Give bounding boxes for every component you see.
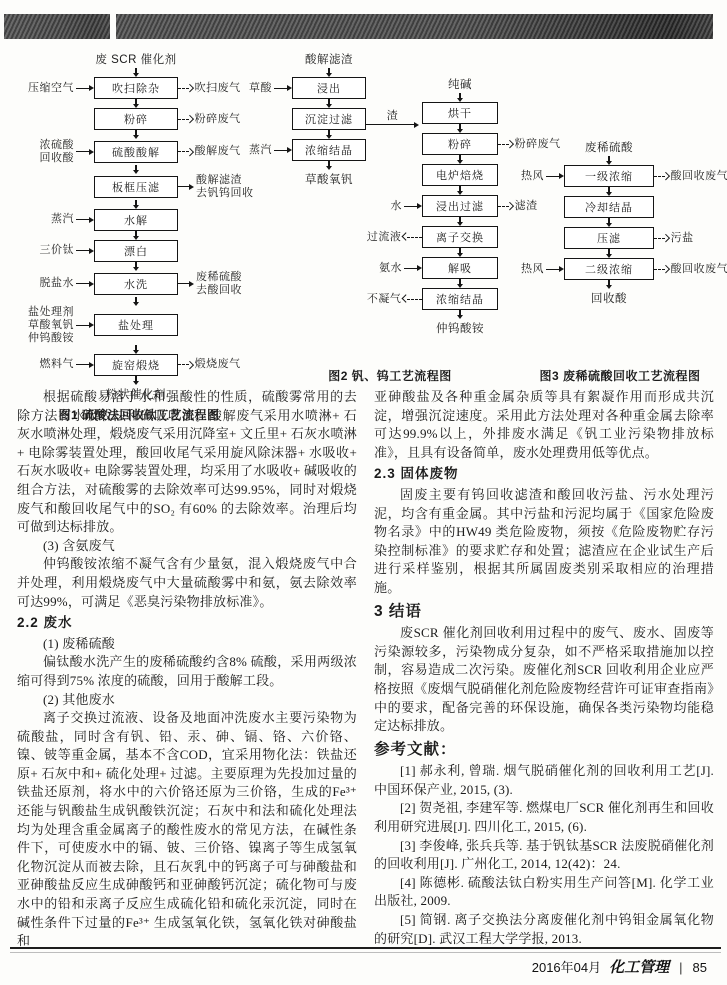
down-arrow-icon xyxy=(94,68,178,77)
flow-row: 冷却结晶 xyxy=(516,196,724,218)
page-number: 85 xyxy=(693,960,707,975)
flow-box: 沉淀过滤 xyxy=(292,108,366,130)
flow-endpoint-label: 回收酸 xyxy=(564,289,654,307)
paragraph: 离子交换过流液、设备及地面冲洗废水主要污染物为硫酸盐，同时含有钒、铅、汞、砷、镉… xyxy=(17,709,357,951)
flow-connector xyxy=(370,310,528,319)
flow-side-left: 浓硫酸 回收酸 xyxy=(14,139,94,165)
flow-side-right: 酸回收废气 xyxy=(654,170,724,183)
flow-side-label: 酸回收废气 xyxy=(669,263,727,276)
section-heading: 参考文献： xyxy=(374,741,714,760)
flow-side-left: 过流液 xyxy=(370,231,422,244)
flow-connector xyxy=(252,161,370,170)
figure-1: 废 SCR 催化剂压缩空气吹扫除杂吹扫废气粉碎粉碎废气浓硫酸 回收酸硫酸酸解酸解… xyxy=(14,50,264,384)
section-heading: 3 结语 xyxy=(374,603,714,622)
flow-connector xyxy=(14,231,264,240)
flow-connector xyxy=(370,279,528,288)
flow-box: 离子交换 xyxy=(422,226,498,248)
open-arrowhead-icon xyxy=(402,295,410,303)
paragraph: 根据硫酸易溶于水和强酸性的性质，硫酸雾常用的去除方法有水吸收法和碱吸收法。酸解废… xyxy=(17,388,357,537)
flow-connector xyxy=(252,99,370,108)
flow-row: 水浸出过滤滤渣 xyxy=(370,195,528,217)
down-arrow-icon xyxy=(94,165,178,174)
flow-side-label: 热风 xyxy=(519,170,546,183)
flow-side-label: 三价钛 xyxy=(38,244,77,257)
paragraph: 亚砷酸盐及各种重金属杂质等具有絮凝作用而形成共沉淀，增强沉淀速度。采用此方法处理… xyxy=(374,388,714,462)
flow-connector xyxy=(516,280,724,289)
flow-connector xyxy=(370,186,528,195)
flow-endpoint-label: 废稀硫酸 xyxy=(564,138,654,156)
flow-connector xyxy=(370,248,528,257)
down-arrow-icon xyxy=(422,217,498,226)
flow-row: 沉淀过滤渣 xyxy=(252,108,370,130)
reference-item: [1] 郝永利, 曾瑞. 烟气脱硝催化剂的回收利用工艺[J]. 中国环保产业, … xyxy=(374,762,714,799)
flow-row: 纯碱 xyxy=(370,75,528,93)
arrowhead-icon xyxy=(417,265,422,271)
scan-header-band xyxy=(4,14,713,39)
flow-side-left: 不凝气 xyxy=(370,293,422,306)
flow-side-label: 过流液 xyxy=(365,231,404,244)
flow-box: 浓缩结晶 xyxy=(292,139,366,161)
arrowhead-icon xyxy=(89,217,94,223)
flow-box: 吹扫除杂 xyxy=(94,77,178,99)
journal-logo: 化工管理 xyxy=(609,960,669,976)
arrow-line xyxy=(404,206,417,207)
flow-connector xyxy=(516,218,724,227)
flow-side-left: 三价钛 xyxy=(14,244,94,257)
flow-box: 旋窑煅烧 xyxy=(94,354,178,376)
flow-row: 盐处理剂 草酸氧钒 仲钨酸铵盐处理 xyxy=(14,306,264,345)
paragraph: (3) 含氨废气 xyxy=(17,537,357,556)
down-arrow-icon xyxy=(292,161,366,170)
down-arrow-icon xyxy=(422,248,498,257)
flow-endpoint-label: 草酸氧钒 xyxy=(292,170,366,188)
arrow-line xyxy=(274,88,287,89)
open-arrowhead-icon xyxy=(402,233,410,241)
flow-box: 浸出过滤 xyxy=(422,195,498,217)
flow-box: 盐处理 xyxy=(94,314,178,336)
figure-3-caption: 图3 废稀硫酸回收工艺流程图 xyxy=(539,364,700,384)
footer-separator: | xyxy=(679,960,682,975)
flow-side-right: 粉碎废气 xyxy=(178,113,264,126)
flow-side-right: 渣 xyxy=(366,110,370,128)
flow-row: 脱盐水水洗废稀硫酸 去酸回收 xyxy=(14,271,264,297)
article-body: 根据硫酸易溶于水和强酸性的性质，硫酸雾常用的去除方法有水吸收法和碱吸收法。酸解废… xyxy=(17,388,714,951)
flow-side-label: 草酸 xyxy=(247,82,274,95)
down-arrow-icon xyxy=(564,218,654,227)
figure-2: 酸解滤渣草酸浸出沉淀过滤渣蒸汽浓缩结晶草酸氧钒 纯碱烘干粉碎粉碎废气电炉焙烧水浸… xyxy=(264,50,516,384)
down-arrow-icon xyxy=(292,130,366,139)
flow-connector xyxy=(14,130,264,139)
flow-row: 三价钛漂白 xyxy=(14,240,264,262)
arrowhead-icon xyxy=(89,149,94,155)
reference-item: [5] 简钢. 离子交换法分离废催化剂中钨钼金属氧化物的研究[D]. 武汉工程大… xyxy=(374,911,714,948)
flow-connector xyxy=(252,130,370,139)
down-arrow-icon xyxy=(564,280,654,289)
flow-side-label: 蒸汽 xyxy=(247,144,274,157)
flow-side-left: 蒸汽 xyxy=(252,144,292,157)
arrow-line xyxy=(274,150,287,151)
down-arrow-icon xyxy=(564,187,654,196)
reference-item: [2] 贺尧祖, 李建军等. 燃煤电厂SCR 催化剂再生和回收利用研究进展[J]… xyxy=(374,799,714,836)
arrow-line xyxy=(76,88,89,89)
down-arrow-icon xyxy=(292,99,366,108)
arrow-line xyxy=(76,151,89,152)
flowchart-acid-recovery: 废稀硫酸热风一级浓缩酸回收废气冷却结晶压滤污盐热风二级浓缩酸回收废气回收酸 xyxy=(516,50,724,307)
down-arrow-icon xyxy=(94,200,178,209)
flow-box: 压滤 xyxy=(564,227,654,249)
flow-connector xyxy=(516,156,724,165)
arrow-line xyxy=(76,364,89,365)
flow-row: 仲钨酸铵 xyxy=(370,319,528,337)
flow-side-label: 氨水 xyxy=(377,262,404,275)
arrowhead-icon xyxy=(287,85,292,91)
flow-side-left: 盐处理剂 草酸氧钒 仲钨酸铵 xyxy=(14,306,94,345)
flow-side-label: 燃料气 xyxy=(38,358,77,371)
flow-connector xyxy=(370,155,528,164)
flow-side-left: 热风 xyxy=(516,170,564,183)
paragraph: 废SCR 催化剂回收利用过程中的废气、废水、固废等污染源较多，污染物成分复杂，如… xyxy=(374,624,714,736)
flow-branch: 渣 xyxy=(366,110,419,128)
flow-side-right: 废稀硫酸 去酸回收 xyxy=(178,271,264,297)
flow-side-right: 煅烧废气 xyxy=(178,358,264,371)
arrowhead-icon xyxy=(89,248,94,254)
flow-side-label: 吹扫废气 xyxy=(193,82,243,95)
paragraph: 固废主要有钨回收滤渣和酸回收污盐、污水处理污泥，均含有重金属。其中污盐和污泥均属… xyxy=(374,486,714,598)
flow-row: 燃料气旋窑煅烧煅烧废气 xyxy=(14,354,264,376)
flow-row: 酸解滤渣 xyxy=(252,50,370,68)
flow-side-label: 粉碎废气 xyxy=(193,113,243,126)
down-arrow-icon xyxy=(94,345,178,354)
down-arrow-icon xyxy=(422,124,498,133)
flow-row: 浓硫酸 回收酸硫酸酸解酸解废气 xyxy=(14,139,264,165)
flow-box: 硫酸酸解 xyxy=(94,141,178,163)
reference-item: [4] 陈德彬. 硫酸法钛白粉实用生产问答[M]. 化学工业出版社, 2009. xyxy=(374,874,714,911)
flow-connector xyxy=(14,345,264,354)
flow-side-right: 滤渣 xyxy=(498,200,528,213)
arrowhead-icon xyxy=(89,281,94,287)
scan-band-segment-left xyxy=(4,14,110,39)
flow-side-right: 酸回收废气 xyxy=(654,263,724,276)
flow-box: 浓缩结晶 xyxy=(422,288,498,310)
subsection-heading: 2.2 废水 xyxy=(17,614,357,633)
down-arrow-icon xyxy=(422,93,498,102)
flowchart-vanadium-tungsten: 酸解滤渣草酸浸出沉淀过滤渣蒸汽浓缩结晶草酸氧钒 纯碱烘干粉碎粉碎废气电炉焙烧水浸… xyxy=(252,50,528,337)
arrow-line xyxy=(546,269,559,270)
flow-box: 漂白 xyxy=(94,240,178,262)
flow-box: 粉碎 xyxy=(94,108,178,130)
down-arrow-icon xyxy=(94,262,178,271)
flow-side-left: 热风 xyxy=(516,263,564,276)
flow-arrow xyxy=(366,122,419,128)
flow-connector xyxy=(14,165,264,174)
arrow-line xyxy=(76,250,89,251)
flow-box: 板框压滤 xyxy=(94,176,178,198)
flow-row: 不凝气浓缩结晶 xyxy=(370,288,528,310)
flow-side-left: 水 xyxy=(370,200,422,213)
flow-connector xyxy=(14,262,264,271)
flow-side-left: 氨水 xyxy=(370,262,422,275)
arrowhead-icon xyxy=(89,362,94,368)
flow-box: 水洗 xyxy=(94,273,178,295)
flow-box: 粉碎 xyxy=(422,133,498,155)
down-arrow-icon xyxy=(422,279,498,288)
flow-connector xyxy=(252,68,370,77)
flow-connector xyxy=(14,297,264,306)
flow-oxalic-branch: 酸解滤渣草酸浸出沉淀过滤渣蒸汽浓缩结晶草酸氧钒 xyxy=(252,50,370,188)
flow-endpoint-label: 废 SCR 催化剂 xyxy=(94,50,178,68)
flow-connector xyxy=(14,99,264,108)
flow-endpoint-label: 酸解滤渣 xyxy=(292,50,366,68)
flowchart-titanium-recovery: 废 SCR 催化剂压缩空气吹扫除杂吹扫废气粉碎粉碎废气浓硫酸 回收酸硫酸酸解酸解… xyxy=(14,50,264,403)
page-footer: 2016年04月化工管理|85 xyxy=(0,947,727,977)
flow-row: 板框压滤酸解滤渣 去钒钨回收 xyxy=(14,174,264,200)
arrowhead-icon xyxy=(89,85,94,91)
arrowhead-icon xyxy=(414,122,419,128)
flow-side-label: 蒸汽 xyxy=(49,213,76,226)
down-arrow-icon xyxy=(422,155,498,164)
arrow-line xyxy=(178,186,189,187)
paragraph: (1) 废稀硫酸 xyxy=(17,635,357,654)
flow-side-label: 粉碎废气 xyxy=(513,138,563,151)
flow-row: 压滤污盐 xyxy=(516,227,724,249)
flow-endpoint-label: 纯碱 xyxy=(422,75,498,93)
flow-side-label: 浓硫酸 回收酸 xyxy=(38,139,77,165)
flow-side-left: 燃料气 xyxy=(14,358,94,371)
flow-side-label: 酸解废气 xyxy=(193,145,243,158)
arrow-line xyxy=(546,176,559,177)
flow-row: 草酸浸出 xyxy=(252,77,370,99)
flow-connector xyxy=(14,68,264,77)
footer-text: 2016年04月化工管理|85 xyxy=(0,956,727,977)
arrow-line xyxy=(366,124,414,125)
arrowhead-icon xyxy=(89,322,94,328)
flow-side-label: 脱盐水 xyxy=(38,277,77,290)
flow-row: 废 SCR 催化剂 xyxy=(14,50,264,68)
flow-connector xyxy=(14,200,264,209)
flow-side-left: 草酸 xyxy=(252,82,292,95)
flow-box: 烘干 xyxy=(422,102,498,124)
flow-connector xyxy=(370,217,528,226)
flow-side-label: 盐处理剂 草酸氧钒 仲钨酸铵 xyxy=(26,306,76,345)
flow-box: 二级浓缩 xyxy=(564,258,654,280)
flow-side-right: 污盐 xyxy=(654,232,724,245)
paragraph: 仲钨酸铵浓缩不凝气含有少量氨，混入煅烧废气中合并处理，利用煅烧废气中大量硫酸雾中… xyxy=(17,555,357,611)
flow-side-left: 压缩空气 xyxy=(14,82,94,95)
scan-band-segment-right xyxy=(116,14,713,39)
down-arrow-icon xyxy=(564,156,654,165)
flow-side-label: 水 xyxy=(389,200,405,213)
flow-row: 热风二级浓缩酸回收废气 xyxy=(516,258,724,280)
flow-side-label: 滤渣 xyxy=(513,200,540,213)
flow-box: 水解 xyxy=(94,209,178,231)
arrow-line xyxy=(178,283,189,284)
down-arrow-icon xyxy=(422,186,498,195)
flow-side-label: 污盐 xyxy=(669,232,696,245)
flow-row: 压缩空气吹扫除杂吹扫废气 xyxy=(14,77,264,99)
flow-box: 冷却结晶 xyxy=(564,196,654,218)
arrowhead-icon xyxy=(417,203,422,209)
flow-endpoint-label: 仲钨酸铵 xyxy=(422,319,498,337)
down-arrow-icon xyxy=(94,297,178,306)
arrowhead-icon xyxy=(559,266,564,272)
footer-rule xyxy=(10,947,721,953)
flow-side-label: 酸解滤渣 去钒钨回收 xyxy=(194,174,256,200)
arrowhead-icon xyxy=(287,147,292,153)
subsection-heading: 2.3 固体废物 xyxy=(374,465,714,484)
flow-row: 蒸汽水解 xyxy=(14,209,264,231)
right-column: 亚砷酸盐及各种重金属杂质等具有絮凝作用而形成共沉淀，增强沉淀速度。采用此方法处理… xyxy=(374,388,714,951)
figure-2-caption: 图2 钒、钨工艺流程图 xyxy=(328,364,452,384)
flow-row: 回收酸 xyxy=(516,289,724,307)
flow-side-left: 蒸汽 xyxy=(14,213,94,226)
flow-row: 蒸汽浓缩结晶 xyxy=(252,139,370,161)
figure-3: 废稀硫酸热风一级浓缩酸回收废气冷却结晶压滤污盐热风二级浓缩酸回收废气回收酸 图3… xyxy=(516,50,724,384)
down-arrow-icon xyxy=(292,68,366,77)
down-arrow-icon xyxy=(94,99,178,108)
flow-side-label: 不凝气 xyxy=(365,293,404,306)
flow-row: 电炉焙烧 xyxy=(370,164,528,186)
arrowhead-icon xyxy=(559,173,564,179)
flow-side-label: 热风 xyxy=(519,263,546,276)
arrow-line xyxy=(76,283,89,284)
paragraph: (2) 其他废水 xyxy=(17,691,357,710)
flow-row: 过流液离子交换 xyxy=(370,226,528,248)
down-arrow-icon xyxy=(94,130,178,139)
left-column: 根据硫酸易溶于水和强酸性的性质，硫酸雾常用的去除方法有水吸收法和碱吸收法。酸解废… xyxy=(17,388,357,951)
paragraph: 偏钛酸水洗产生的废稀硫酸约含8% 硫酸，采用两级浓缩可得到75% 浓度的硫酸，回… xyxy=(17,653,357,690)
arrow-line xyxy=(76,219,89,220)
flow-row: 粉碎粉碎废气 xyxy=(14,108,264,130)
flow-connector xyxy=(14,376,264,385)
flow-box: 电炉焙烧 xyxy=(422,164,498,186)
arrow-line xyxy=(76,325,89,326)
flow-connector xyxy=(516,187,724,196)
flow-side-right: 酸解滤渣 去钒钨回收 xyxy=(178,174,264,200)
reference-item: [3] 李俊峰, 张兵兵等. 基于钒钛基SCR 法废脱硝催化剂的回收利用[J].… xyxy=(374,837,714,874)
flow-side-label: 压缩空气 xyxy=(26,82,76,95)
down-arrow-icon xyxy=(564,249,654,258)
down-arrow-icon xyxy=(94,231,178,240)
flow-box: 浸出 xyxy=(292,77,366,99)
flow-box: 解吸 xyxy=(422,257,498,279)
flow-box: 一级浓缩 xyxy=(564,165,654,187)
flow-row: 氨水解吸 xyxy=(370,257,528,279)
arrow-line xyxy=(404,268,417,269)
flow-row: 热风一级浓缩酸回收废气 xyxy=(516,165,724,187)
down-arrow-icon xyxy=(422,310,498,319)
flow-connector xyxy=(516,249,724,258)
footer-date: 2016年04月 xyxy=(532,960,601,975)
down-arrow-icon xyxy=(94,376,178,385)
flow-side-label: 酸回收废气 xyxy=(669,170,727,183)
flow-side-left: 脱盐水 xyxy=(14,277,94,290)
flow-connector xyxy=(370,93,528,102)
figures-row: 废 SCR 催化剂压缩空气吹扫除杂吹扫废气粉碎粉碎废气浓硫酸 回收酸硫酸酸解酸解… xyxy=(14,50,719,384)
flow-side-label: 废稀硫酸 去酸回收 xyxy=(194,271,244,297)
flow-side-label: 煅烧废气 xyxy=(193,358,243,371)
flow-side-right: 粉碎废气 xyxy=(498,138,528,151)
flow-row: 草酸氧钒 xyxy=(252,170,370,188)
flow-row: 粉碎粉碎废气 xyxy=(370,133,528,155)
